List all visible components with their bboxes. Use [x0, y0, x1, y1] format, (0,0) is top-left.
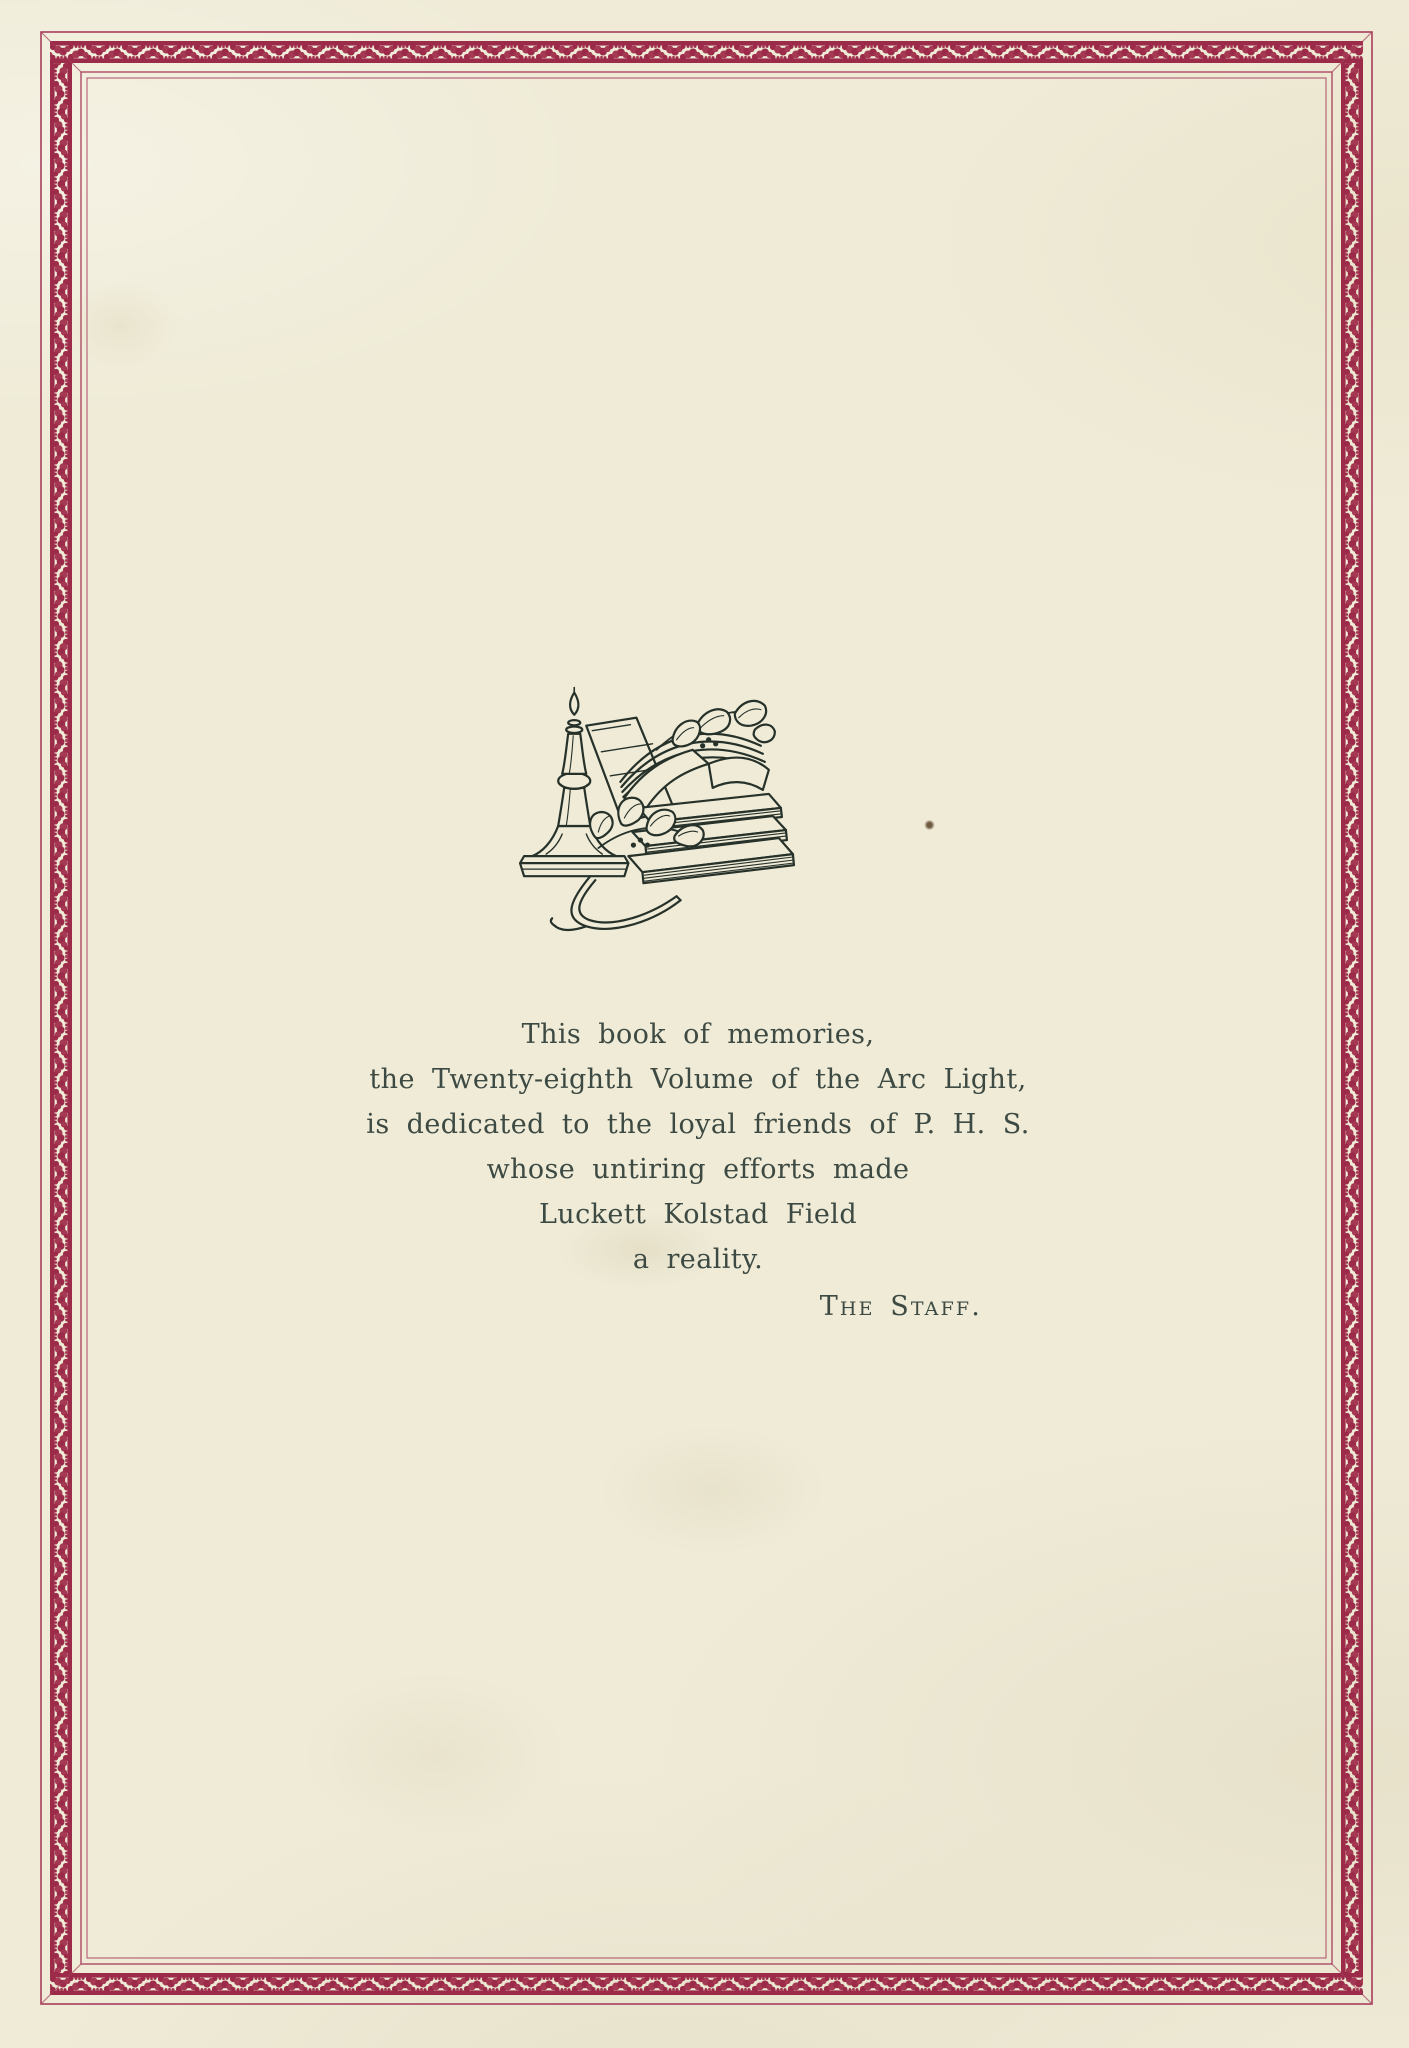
dedication-line: is dedicated to the loyal friends of P. … — [302, 1102, 1094, 1147]
signature-line: The Staff. — [302, 1284, 1094, 1329]
book-stack-illustration — [628, 794, 794, 883]
dedication-line: Luckett Kolstad Field — [302, 1192, 1094, 1237]
border-band-right — [1341, 63, 1363, 1973]
dedication-line: This book of memories, — [302, 1012, 1094, 1057]
border-band-top — [50, 41, 1363, 63]
candlestick-books-engraving — [500, 683, 816, 955]
dedication-line: the Twenty-eighth Volume of the Arc Ligh… — [302, 1057, 1094, 1102]
scanned-page: This book of memories, the Twenty-eighth… — [0, 0, 1409, 2048]
border-band-bottom — [50, 1973, 1363, 1995]
dedication-line: a reality. — [302, 1237, 1094, 1282]
dedication-text-block: This book of memories, the Twenty-eighth… — [302, 1012, 1094, 1329]
dedication-line: whose untiring efforts made — [302, 1147, 1094, 1192]
ribbon-flourish — [551, 876, 681, 930]
leaf-spray-top — [656, 701, 774, 750]
border-band-left — [50, 63, 72, 1973]
